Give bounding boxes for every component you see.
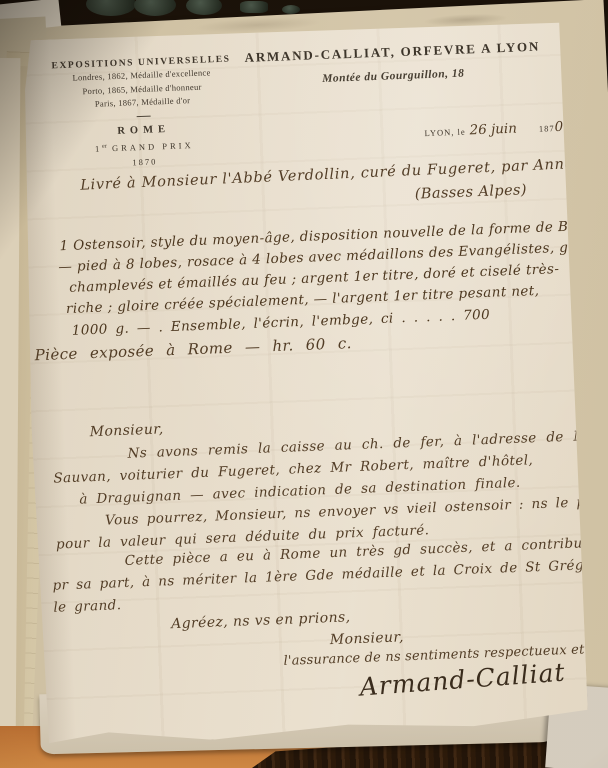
salutation: Monsieur,: [89, 421, 164, 440]
knob-blob: [134, 0, 176, 16]
dateline-year-digit: 0: [554, 119, 563, 135]
closing-line: Agréez, ns vs en prions,: [171, 609, 351, 632]
company-address: Montée du Gourguillon, 18: [243, 65, 543, 89]
knob-blob: [186, 0, 222, 15]
grand-prix-line: 1er GRAND PRIX: [47, 138, 242, 155]
knob-blob: [86, 0, 136, 16]
grand-prix-year: 1870: [47, 153, 242, 170]
company-name: ARMAND-CALLIAT, ORFEVRE A LYON: [242, 39, 542, 67]
letter-page: EXPOSITIONS UNIVERSELLES Londres, 1862, …: [17, 20, 589, 746]
grand-prix-text: GRAND PRIX: [112, 140, 194, 153]
letterhead-expositions: EXPOSITIONS UNIVERSELLES Londres, 1862, …: [43, 54, 242, 170]
knob-blob: [282, 5, 300, 14]
knob-blob: [240, 1, 268, 13]
recipient-line: (Basses Alpes): [415, 182, 528, 202]
price-line: Pièce exposée à Rome — hr. 60 c.: [34, 334, 352, 364]
letterhead-company: ARMAND-CALLIAT, ORFEVRE A LYON Montée du…: [242, 39, 543, 88]
body-line: le grand.: [53, 597, 122, 616]
rome-title: ROME: [46, 121, 241, 139]
divider-rule: [136, 115, 150, 117]
grand-prix-ordinal: er: [102, 143, 107, 149]
dateline-gap: [521, 132, 535, 133]
dateline-city: LYON, le: [424, 127, 466, 139]
dateline-date: 26 juin: [469, 121, 517, 139]
photo-of-letter: EXPOSITIONS UNIVERSELLES Londres, 1862, …: [0, 0, 608, 768]
dateline: LYON, le 26 juin 1870: [424, 118, 563, 141]
corner-paper: [0, 16, 47, 41]
dateline-year-printed: 187: [539, 123, 555, 134]
closing-line: Monsieur,: [330, 629, 405, 648]
